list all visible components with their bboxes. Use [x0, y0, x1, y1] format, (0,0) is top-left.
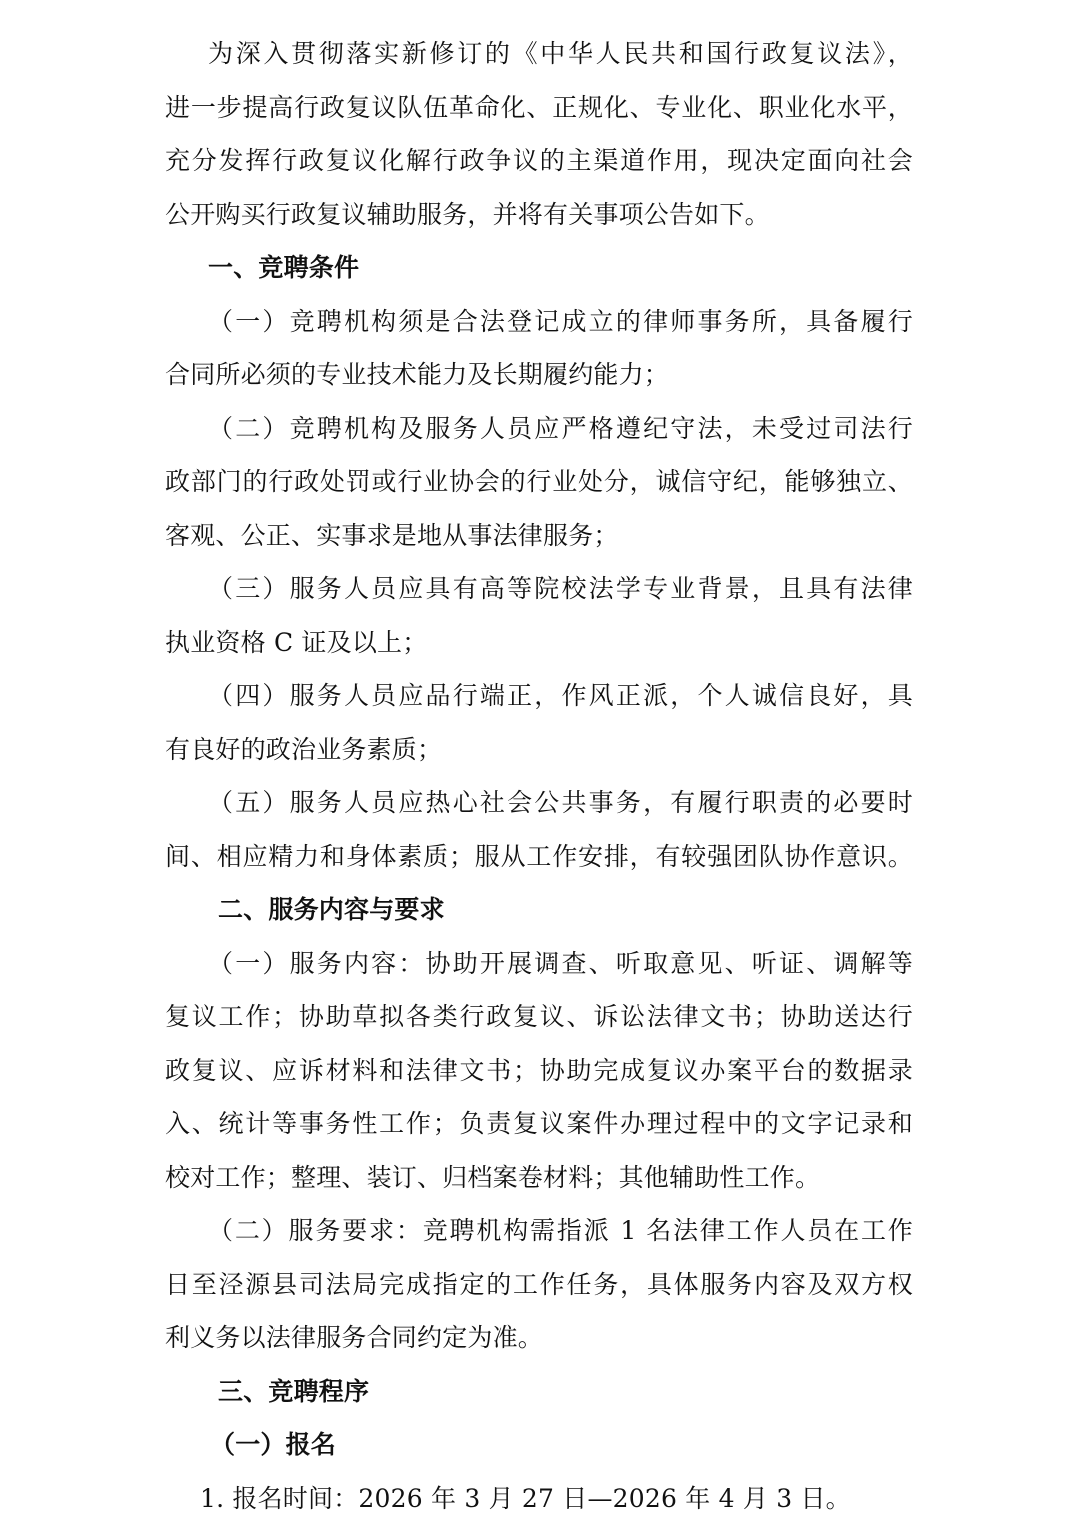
paragraph-line: 客观、公正、实事求是地从事法律服务； — [165, 516, 913, 556]
paragraph-line: 政复议、应诉材料和法律文书；协助完成复议办案平台的数据录 — [165, 1051, 913, 1091]
intro-line: 进一步提高行政复议队伍革命化、正规化、专业化、职业化水平， — [165, 88, 913, 128]
paragraph-line: 合同所必须的专业技术能力及长期履约能力； — [165, 355, 913, 395]
paragraph-line: （三）服务人员应具有高等院校法学专业背景，且具有法律 — [208, 569, 913, 609]
paragraph-line: 日至泾源县司法局完成指定的工作任务，具体服务内容及双方权 — [165, 1265, 913, 1305]
paragraph-line: 执业资格 C 证及以上； — [165, 623, 913, 663]
section-heading: 一、竞聘条件 — [208, 248, 913, 288]
paragraph-line: （四）服务人员应品行端正，作风正派，个人诚信良好，具 — [208, 676, 913, 716]
document-page: 为深入贯彻落实新修订的《中华人民共和国行政复议法》， 进一步提高行政复议队伍革命… — [0, 0, 1074, 1520]
intro-line: 公开购买行政复议辅助服务，并将有关事项公告如下。 — [165, 195, 913, 235]
paragraph-line: （一）竞聘机构须是合法登记成立的律师事务所，具备履行 — [208, 302, 913, 342]
paragraph-line: 间、相应精力和身体素质；服从工作安排，有较强团队协作意识。 — [165, 837, 913, 877]
paragraph-line: 入、统计等事务性工作；负责复议案件办理过程中的文字记录和 — [165, 1104, 913, 1144]
paragraph-line: 政部门的行政处罚或行业协会的行业处分，诚信守纪，能够独立、 — [165, 462, 913, 502]
paragraph-line: 复议工作；协助草拟各类行政复议、诉讼法律文书；协助送达行 — [165, 997, 913, 1037]
paragraph-line: （二）竞聘机构及服务人员应严格遵纪守法，未受过司法行 — [208, 409, 913, 449]
paragraph-line: 有良好的政治业务素质； — [165, 730, 913, 770]
paragraph-line: 校对工作；整理、装订、归档案卷材料；其他辅助性工作。 — [165, 1158, 913, 1198]
intro-line: 充分发挥行政复议化解行政争议的主渠道作用，现决定面向社会 — [165, 141, 913, 181]
intro-line: 为深入贯彻落实新修订的《中华人民共和国行政复议法》， — [208, 34, 913, 74]
paragraph-line: （二）服务要求：竞聘机构需指派 1 名法律工作人员在工作 — [208, 1211, 913, 1251]
section-heading: 三、竞聘程序 — [218, 1372, 913, 1412]
paragraph-line: （五）服务人员应热心社会公共事务，有履行职责的必要时 — [208, 783, 913, 823]
paragraph-line: 1. 报名时间：2026 年 3 月 27 日—2026 年 4 月 3 日。 — [200, 1479, 913, 1519]
subsection-heading: （一）报名 — [210, 1425, 913, 1465]
paragraph-line: 利义务以法律服务合同约定为准。 — [165, 1318, 913, 1358]
section-heading: 二、服务内容与要求 — [218, 890, 913, 930]
paragraph-line: （一）服务内容：协助开展调查、听取意见、听证、调解等 — [208, 944, 913, 984]
